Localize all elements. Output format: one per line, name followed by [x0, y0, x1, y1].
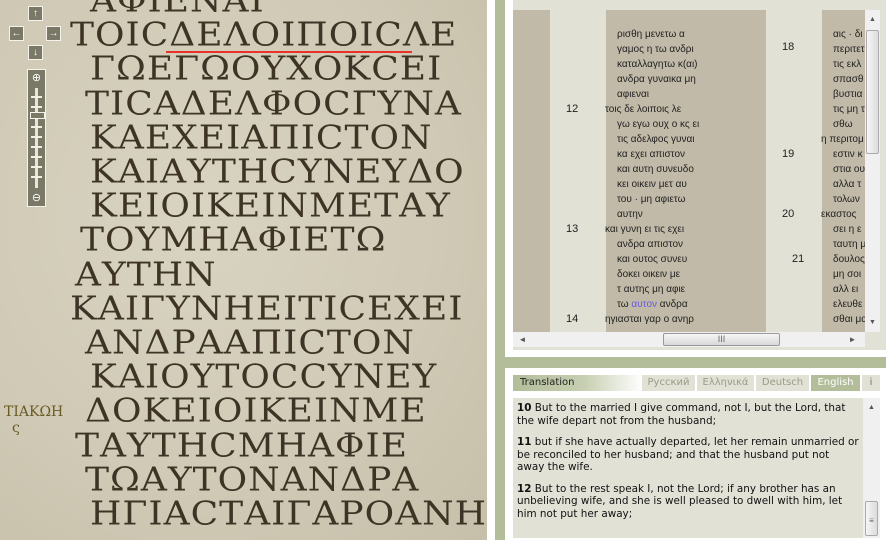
arrow-down-icon: ↓ — [33, 47, 38, 58]
manuscript-line: ΚΑΕΧΕΙΑΠΙϹΤΟΝ — [90, 119, 432, 157]
manuscript-line: ΤΟΥΜΗΑΦΙΕΤΩ — [80, 221, 386, 259]
transcription-line: κα εχει απιστον — [617, 147, 685, 162]
transcription-line: μη σοι — [833, 267, 861, 282]
verse-number: 13 — [566, 222, 578, 237]
pan-up-button[interactable]: ↑ — [28, 6, 43, 21]
transcription-vertical-scrollbar[interactable]: ▲ ▼ — [865, 10, 880, 332]
transcription-column-a: ρισθη μενετω αγαμος η τω ανδρικαταλλαγητ… — [606, 10, 766, 332]
zoom-out-icon: ⊖ — [32, 192, 41, 204]
translation-vertical-scrollbar[interactable]: ▲ ≡ — [863, 398, 880, 538]
scroll-left-icon[interactable]: ◄ — [515, 332, 530, 347]
transcription-line: βυστια — [833, 87, 862, 102]
transcription-line: αφιεναι — [617, 87, 649, 102]
manuscript-line: ΑΥΤΗΝ — [75, 256, 217, 294]
manuscript-line: ΤΙϹΑΔΕΛΦΟϹΓΥΝΑ — [85, 85, 462, 123]
transcription-line: ηγιασται γαρ ο ανηρ — [605, 312, 694, 327]
zoom-in-icon: ⊕ — [32, 72, 41, 84]
transcription-line: του · μη αφιετω — [617, 192, 685, 207]
scroll-down-icon[interactable]: ▼ — [865, 315, 880, 330]
transcription-line: ανδρα απιστον — [617, 237, 683, 252]
transcription-line: η περιτομ — [821, 132, 864, 147]
zoom-track[interactable] — [35, 88, 38, 188]
transcription-horizontal-scrollbar[interactable]: ◄ III ► — [513, 332, 865, 347]
arrow-left-icon: ← — [12, 28, 22, 39]
verse-number: 20 — [782, 207, 794, 222]
zoom-in-button[interactable]: ⊕ — [29, 71, 44, 85]
verse-number: 21 — [792, 252, 804, 267]
zoom-tick — [31, 96, 42, 98]
verse-number: 12 — [566, 102, 578, 117]
zoom-slider[interactable]: ⊕ ⊖ — [27, 69, 46, 207]
arrow-up-icon: ↑ — [33, 8, 38, 19]
pan-right-button[interactable]: → — [46, 26, 61, 41]
transcription-line: τις μη τ — [833, 102, 865, 117]
tab-english[interactable]: English — [811, 375, 860, 391]
manuscript-line: ΤΩΑΥΤΟΝΑΝΔΡΑ — [85, 461, 419, 499]
manuscript-line: ΓΩΕΓΩΟΥΧΟΚϹΕΙ — [90, 50, 442, 88]
manuscript-line: ΔΟΚΕΙΟΙΚΕΙΝΜΕ — [85, 392, 427, 430]
transcription-line: αλλα τ — [833, 177, 861, 192]
grip-icon: ≡ — [869, 516, 874, 525]
verse-number: 19 — [782, 147, 794, 162]
transcription-line: ταυτη μ — [833, 237, 866, 252]
verse-text: but if she have actually departed, let h… — [517, 436, 859, 473]
transcription-line: αις · δι — [833, 27, 863, 42]
zoom-tick — [31, 136, 42, 138]
zoom-tick — [31, 126, 42, 128]
manuscript-line: ΤΑΥΤΗϹΜΗΑΦΙΕ — [75, 427, 408, 465]
manuscript-border — [487, 0, 495, 540]
verse-number: 10 — [517, 402, 531, 414]
transcription-line: ρισθη μενετω α — [617, 27, 685, 42]
transcription-line: καταλλαγητω κ(αι) — [617, 57, 698, 72]
scroll-up-icon[interactable]: ▲ — [865, 12, 880, 27]
manuscript-line: ΚΑΙΓΥΝΗΕΙΤΙϹΕΧΕΙ — [70, 290, 463, 328]
transcription-line: τις εκλ — [833, 57, 861, 72]
transcription-line: αλλ ει — [833, 282, 858, 297]
transcription-line: τις αδελφος γυναι — [617, 132, 695, 147]
transcription-line: τ αυτης μη αφιε — [617, 282, 685, 297]
translation-tabs: Translation Русский Ελληνικά Deutsch Eng… — [513, 375, 880, 391]
zoom-thumb[interactable] — [30, 112, 45, 119]
zoom-out-button[interactable]: ⊖ — [29, 191, 44, 205]
margin-note-text: ΤΙΑΚΩΗ — [4, 404, 63, 420]
info-button[interactable]: i — [862, 375, 880, 391]
verse-number: 18 — [782, 40, 794, 55]
transcription-line: τω αυτον ανδρα — [617, 297, 688, 312]
transcription-line: αυτην — [617, 207, 643, 222]
verse-number: 14 — [566, 312, 578, 327]
pan-left-button[interactable]: ← — [9, 26, 24, 41]
transcription-line: και ουτος συνευ — [617, 252, 687, 267]
translation-text: 10 But to the married I give command, no… — [513, 398, 863, 538]
transcription-line: κει οικειν μετ αυ — [617, 177, 687, 192]
zoom-tick — [31, 106, 42, 108]
verse-numbers-b: 18192021 — [766, 10, 822, 332]
horizontal-scroll-thumb[interactable]: III — [663, 333, 780, 346]
transcription-line: και αυτη συνευδο — [617, 162, 694, 177]
verse-text: But to the rest speak I, not the Lord; i… — [517, 483, 842, 520]
manuscript-image[interactable]: ΑΦΙΕΝΑΙΤΟΙϹΔΕΛΟΙΠΟΙϹΛΕΓΩΕΓΩΟΥΧΟΚϹΕΙΤΙϹΑΔ… — [0, 0, 487, 540]
tab-russian[interactable]: Русский — [642, 375, 695, 391]
manuscript-line: ΤΟΙϹΔΕΛΟΙΠΟΙϹΛΕ — [70, 16, 457, 54]
zoom-tick — [31, 166, 42, 168]
verse-10: 10 But to the married I give command, no… — [517, 402, 859, 427]
translation-title: Translation — [513, 375, 643, 391]
arrow-right-icon: → — [49, 28, 59, 39]
verse-number: 11 — [517, 436, 531, 448]
grip-icon: III — [718, 334, 726, 344]
manuscript-line: ΚΕΙΟΙΚΕΙΝΜΕΤΑΥ — [90, 187, 451, 225]
scroll-right-icon[interactable]: ► — [845, 332, 860, 347]
transcription-column-b: αις · διπεριτεττις εκλσπασθβυστιατις μη … — [822, 10, 866, 332]
transcription-line: δουλος — [833, 252, 865, 267]
transcription-line: σθω — [833, 117, 853, 132]
verse-text: But to the married I give command, not I… — [517, 402, 845, 427]
manuscript-line: ΚΑΙΑΥΤΗϹΥΝΕΥΔΟ — [90, 153, 465, 191]
tab-greek[interactable]: Ελληνικά — [697, 375, 754, 391]
transcription-viewport: 121314 ρισθη μενετω αγαμος η τω ανδρικατ… — [513, 0, 886, 350]
vertical-scroll-thumb[interactable] — [866, 30, 879, 154]
tab-german[interactable]: Deutsch — [756, 375, 809, 391]
transcription-line: και γυνη ει τις εχει — [605, 222, 684, 237]
transcription-line: σπασθ — [833, 72, 863, 87]
highlighted-word[interactable]: αυτον — [631, 299, 657, 310]
verse-11: 11 but if she have actually departed, le… — [517, 436, 859, 474]
transcription-line: εστιν κ — [833, 147, 863, 162]
transcription-line: γαμος η τω ανδρι — [617, 42, 694, 57]
highlight-underline — [166, 51, 412, 53]
manuscript-line: ΗΓΙΑϹΤΑΙΓΑΡΟΑΝΗΡ — [90, 495, 487, 533]
transcription-line: περιτετ — [833, 42, 865, 57]
transcription-line: γω εγω ουχ ο κς ει — [617, 117, 699, 132]
transcription-line: τολων — [833, 192, 860, 207]
transcription-line: δοκει οικειν με — [617, 267, 680, 282]
transcription-line: σει η ε — [833, 222, 861, 237]
verse-number: 12 — [517, 483, 531, 495]
transcription-line: εκαστος — [821, 207, 856, 222]
transcription-line: τοις δε λοιποις λε — [605, 102, 681, 117]
pan-down-button[interactable]: ↓ — [28, 45, 43, 60]
zoom-tick — [31, 176, 42, 178]
vertical-scroll-thumb[interactable]: ≡ — [865, 501, 878, 536]
manuscript-line: ΚΑΙΟΥΤΟϹϹΥΝΕΥ — [90, 358, 437, 396]
transcription-line: ελευθε — [833, 297, 862, 312]
transcription-line: ανδρα γυναικα μη — [617, 72, 696, 87]
column-gutter — [513, 10, 550, 332]
transcription-panel: 121314 ρισθη μενετω αγαμος η τω ανδρικατ… — [505, 0, 886, 357]
transcription-line: σθαι μα — [833, 312, 867, 327]
verse-12: 12 But to the rest speak I, not the Lord… — [517, 483, 859, 521]
manuscript-text: ΑΦΙΕΝΑΙΤΟΙϹΔΕΛΟΙΠΟΙϹΛΕΓΩΕΓΩΟΥΧΟΚϹΕΙΤΙϹΑΔ… — [0, 0, 487, 540]
zoom-tick — [31, 156, 42, 158]
margin-note: ΤΙΑΚΩΗ ς — [4, 404, 63, 436]
margin-note-sub: ς — [4, 420, 20, 436]
transcription-line: στια ου — [833, 162, 865, 177]
zoom-tick — [31, 146, 42, 148]
scroll-up-icon[interactable]: ▲ — [863, 400, 880, 415]
verse-numbers-a: 121314 — [550, 10, 606, 332]
manuscript-line: ΑΝΔΡΑΑΠΙϹΤΟΝ — [85, 324, 415, 362]
